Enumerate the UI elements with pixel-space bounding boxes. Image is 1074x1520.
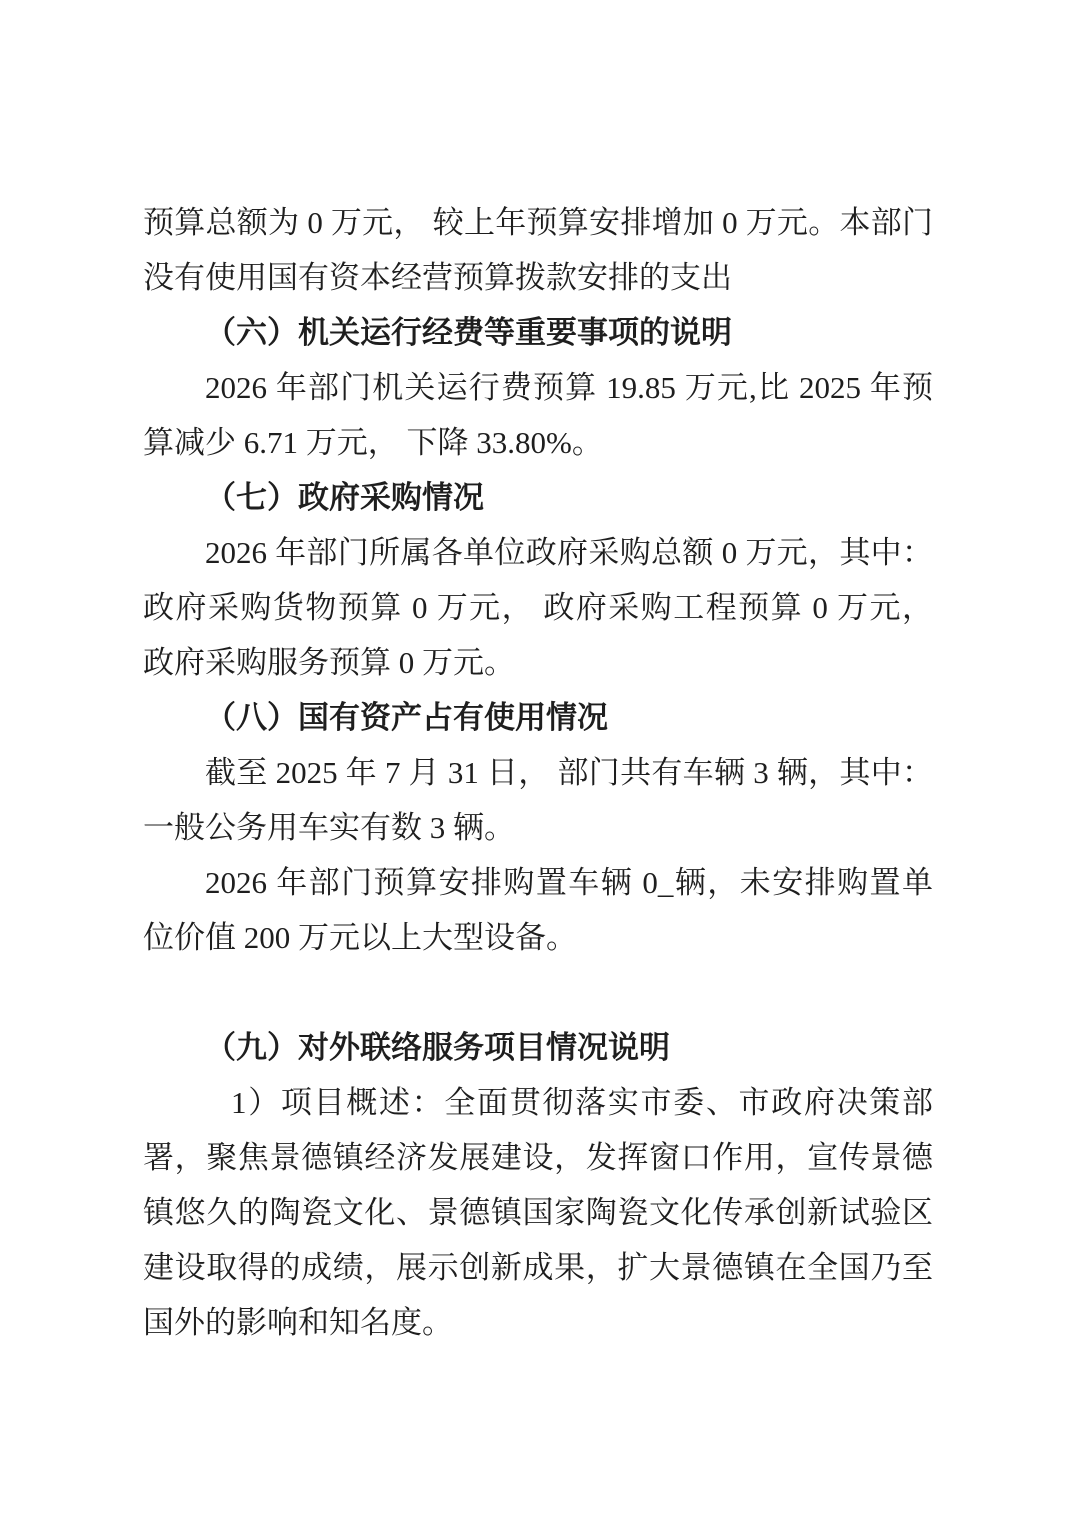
- paragraph-7: 截至 2025 年 7 月 31 日， 部门共有车辆 3 辆，其中：一般公务用车…: [143, 745, 933, 855]
- paragraph-1: 预算总额为 0 万元， 较上年预算安排增加 0 万元。本部门没有使用国有资本经营…: [143, 195, 933, 305]
- paragraph-10: 1）项目概述：全面贯彻落实市委、市政府决策部署，聚焦景德镇经济发展建设，发挥窗口…: [143, 1075, 933, 1350]
- paragraph-5: 2026 年部门所属各单位政府采购总额 0 万元，其中： 政府采购货物预算 0 …: [143, 525, 933, 690]
- section-heading-8: （八）国有资产占有使用情况: [143, 690, 933, 745]
- paragraph-8: 2026 年部门预算安排购置车辆 0_辆，未安排购置单位价值 200 万元以上大…: [143, 855, 933, 965]
- document-content: 预算总额为 0 万元， 较上年预算安排增加 0 万元。本部门没有使用国有资本经营…: [143, 195, 933, 1350]
- section-heading-6: （六）机关运行经费等重要事项的说明: [143, 305, 933, 360]
- section-heading-9: （九）对外联络服务项目情况说明: [143, 1020, 933, 1075]
- document-page: 预算总额为 0 万元， 较上年预算安排增加 0 万元。本部门没有使用国有资本经营…: [0, 0, 1074, 1520]
- paragraph-3: 2026 年部门机关运行费预算 19.85 万元,比 2025 年预算减少 6.…: [143, 360, 933, 470]
- section-heading-7: （七）政府采购情况: [143, 470, 933, 525]
